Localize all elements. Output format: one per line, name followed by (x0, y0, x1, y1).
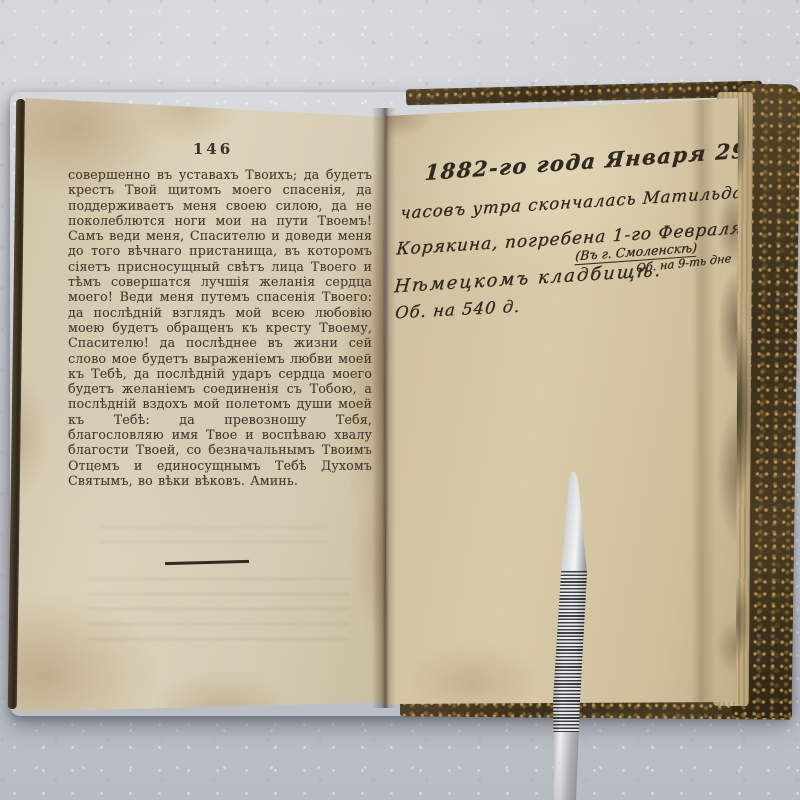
handwriting-line-last: Об. на 540 д. (394, 297, 521, 323)
handwriting-line-cemetery: Нѣмецкомъ кладбищѣ. (393, 260, 663, 298)
book-gutter-shadow (372, 108, 396, 708)
left-page: 146 совершенно въ уставахъ Твоихъ; да бу… (10, 90, 395, 720)
page-number: 146 (68, 140, 358, 158)
printed-prayer-text: совершенно въ уставахъ Твоихъ; да будетъ… (68, 167, 372, 488)
photo-scene: 146 совершенно въ уставахъ Твоихъ; да бу… (0, 0, 800, 800)
showthrough-text (88, 578, 350, 652)
showthrough-text (98, 526, 328, 556)
section-divider (165, 560, 249, 565)
